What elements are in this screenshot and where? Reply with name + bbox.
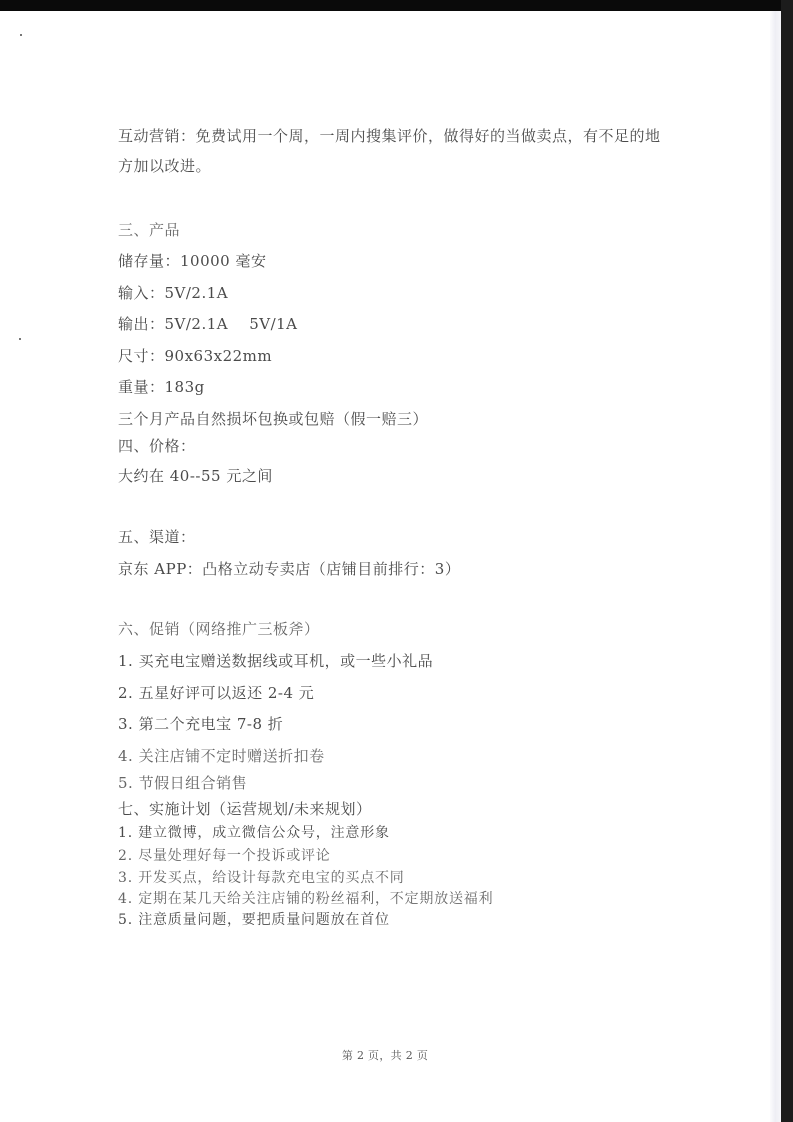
page-number-footer: 第 2 页，共 2 页 xyxy=(0,1047,770,1063)
channel-text: 京东 APP：凸格立动专卖店（店铺目前排行：3） xyxy=(118,560,460,578)
intro-line-1: 互动营销：免费试用一个周，一周内搜集评价，做得好的当做卖点，有不足的地 xyxy=(118,127,661,145)
spec-output: 输出：5V/2.1A 5V/1A xyxy=(118,315,298,333)
scan-page-edge xyxy=(770,11,781,1122)
promo-item-1: 1. 买充电宝赠送数据线或耳机，或一些小礼品 xyxy=(118,652,433,670)
price-range: 大约在 40--55 元之间 xyxy=(118,467,273,485)
spec-input: 输入：5V/2.1A xyxy=(118,284,228,302)
scan-speck xyxy=(19,338,21,340)
scan-speck xyxy=(20,34,22,36)
spec-warranty: 三个月产品自然损坏包换或包赔（假一赔三） xyxy=(118,410,428,428)
section-3-heading: 三、产品 xyxy=(118,221,180,239)
spec-weight: 重量：183g xyxy=(118,378,205,396)
promo-item-3: 3. 第二个充电宝 7-8 折 xyxy=(118,715,283,733)
spec-capacity: 储存量：10000 毫安 xyxy=(118,252,267,270)
plan-item-2: 2. 尽量处理好每一个投诉或评论 xyxy=(118,848,331,864)
plan-item-1: 1. 建立微博，成立微信公众号，注意形象 xyxy=(118,825,390,841)
promo-item-5: 5. 节假日组合销售 xyxy=(118,774,247,792)
promo-item-2: 2. 五星好评可以返还 2-4 元 xyxy=(118,684,314,702)
scan-border-right xyxy=(781,0,793,1122)
plan-item-3: 3. 开发买点，给设计每款充电宝的买点不同 xyxy=(118,870,405,886)
scan-border-top xyxy=(0,0,793,11)
plan-item-5: 5. 注意质量问题，要把质量问题放在首位 xyxy=(118,912,390,928)
section-4-heading: 四、价格： xyxy=(118,437,196,455)
section-7-heading: 七、实施计划（运营规划/未来规划） xyxy=(118,800,372,818)
promo-item-4: 4. 关注店铺不定时赠送折扣卷 xyxy=(118,747,325,765)
section-5-heading: 五、渠道： xyxy=(118,528,196,546)
plan-item-4: 4. 定期在某几天给关注店铺的粉丝福利，不定期放送福利 xyxy=(118,891,493,907)
document-page: 互动营销：免费试用一个周，一周内搜集评价，做得好的当做卖点，有不足的地 方加以改… xyxy=(0,0,770,1122)
spec-size: 尺寸：90x63x22mm xyxy=(118,347,272,365)
intro-line-2: 方加以改进。 xyxy=(118,157,211,175)
section-6-heading: 六、促销（网络推广三板斧） xyxy=(118,620,320,638)
